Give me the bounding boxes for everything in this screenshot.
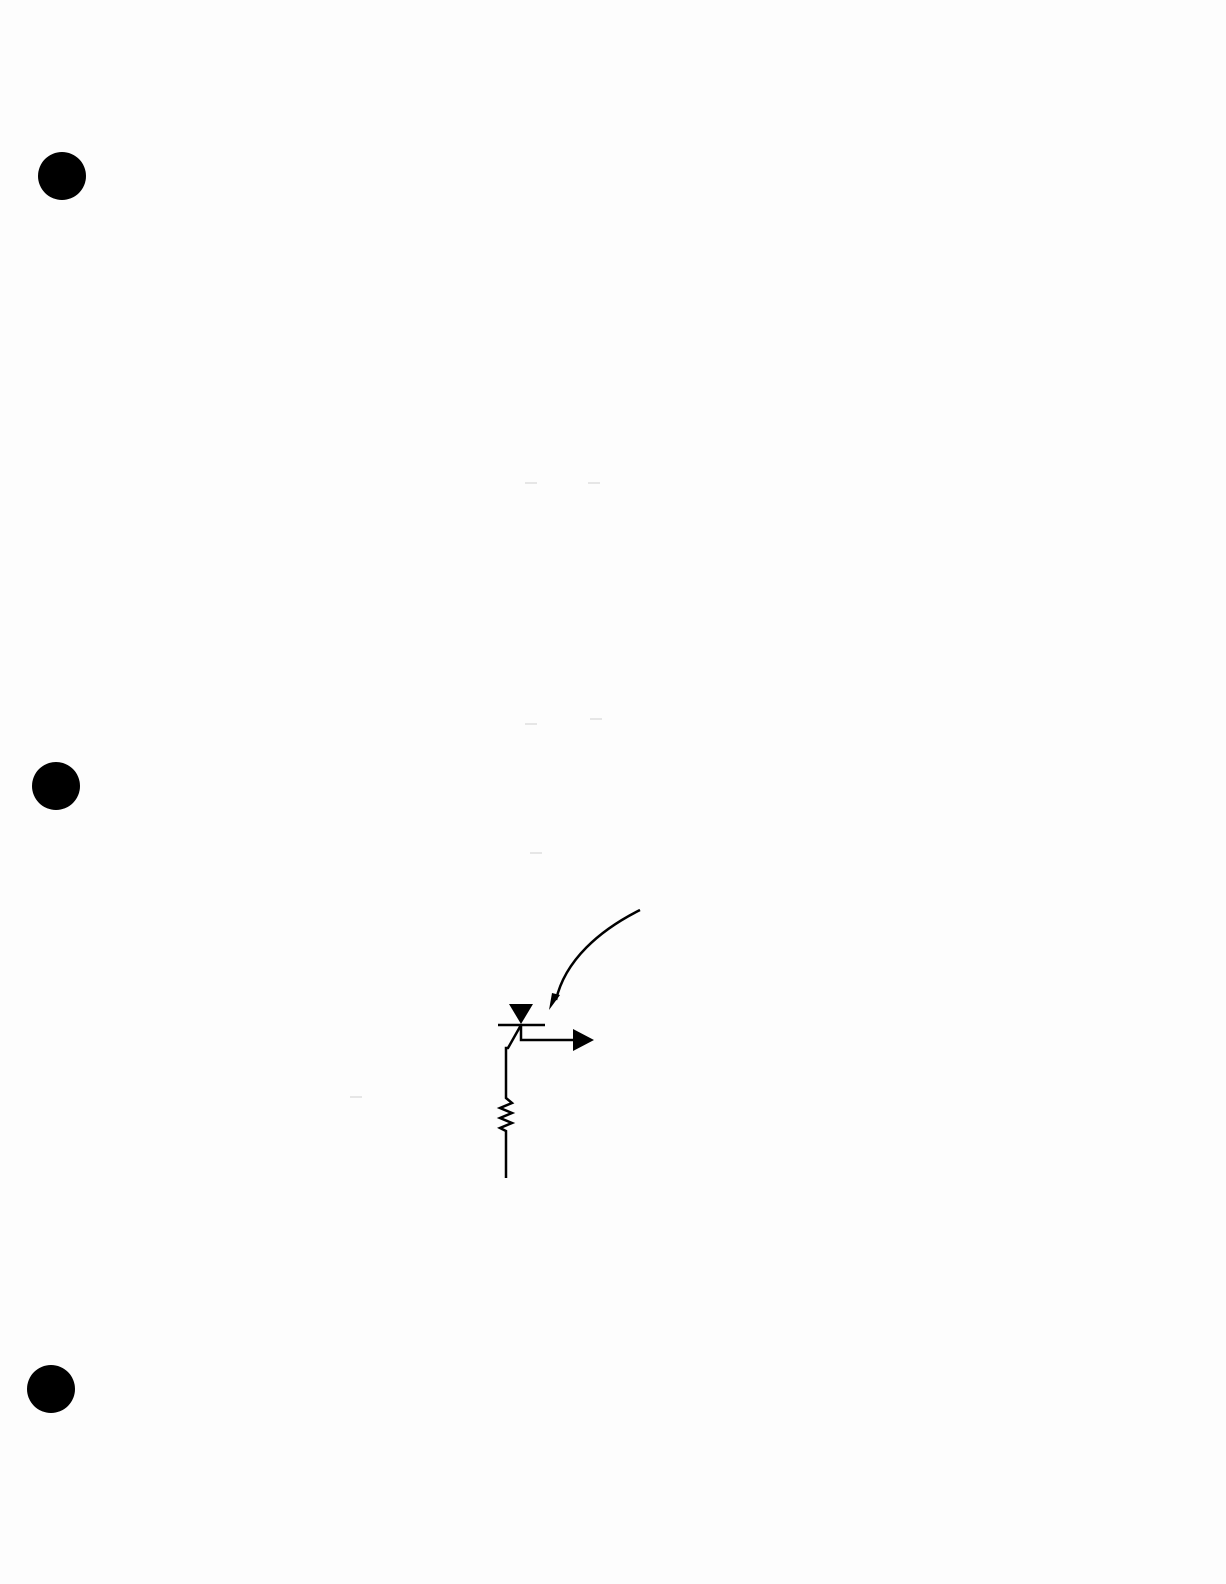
scan-noise-mark — [530, 852, 542, 854]
output-arrow-icon — [521, 1025, 594, 1051]
scan-noise-mark — [525, 482, 537, 484]
scan-noise-mark — [525, 723, 537, 725]
scan-noise-mark — [590, 718, 602, 720]
schematic-diagram — [0, 0, 1226, 1584]
resistor-icon — [500, 1025, 521, 1178]
diode-icon — [498, 1004, 545, 1025]
incoming-curved-arrow-icon — [549, 910, 640, 1010]
scan-noise-mark — [588, 482, 600, 484]
scan-noise-mark — [350, 1096, 362, 1098]
